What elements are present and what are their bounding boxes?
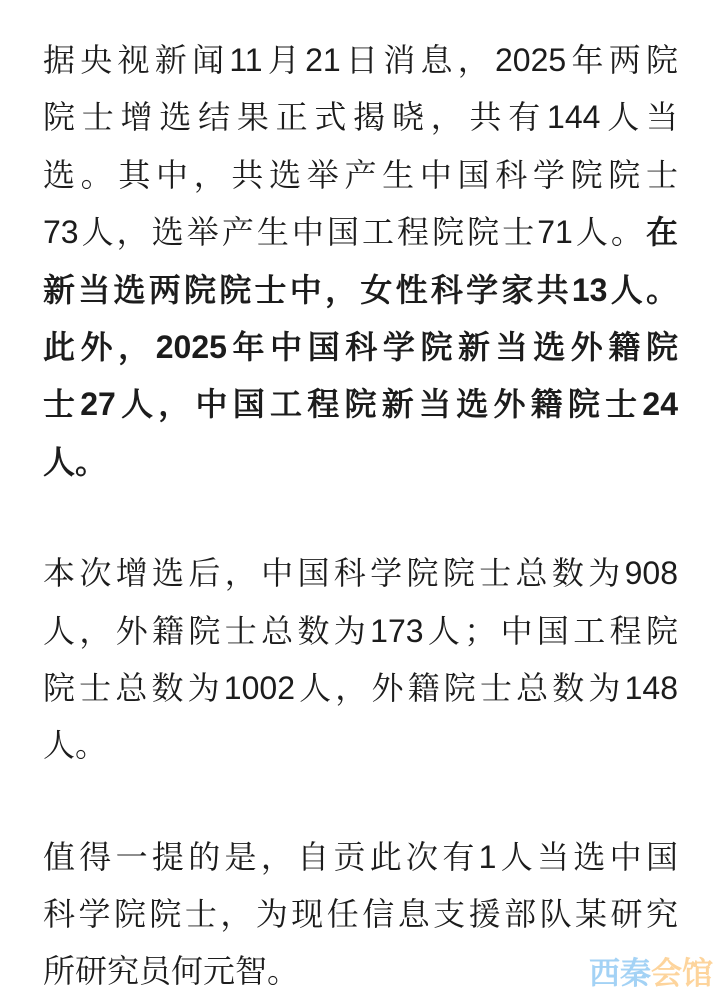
text-line: 人，外籍院士总数为173人；中国工程院 <box>43 603 678 660</box>
bold-text-segment: 人。 <box>43 444 107 480</box>
text-line: 院士增选结果正式揭晓，共有144人当 <box>43 89 678 146</box>
text-line: 院士总数为1002人，外籍院士总数为148 <box>43 660 678 717</box>
text-segment: 人，外籍院士总数为173人；中国工程院 <box>43 613 678 649</box>
page-root: { "page": { "background": "#ffffff", "te… <box>0 0 720 995</box>
bold-text-segment: 新当选两院院士中，女性科学家共13人。 <box>43 272 678 308</box>
paragraph: 值得一提的是，自贡此次有1人当选中国科学院院士，为现任信息支援部队某研究所研究员… <box>43 829 678 995</box>
text-segment: 选。其中，共选举产生中国科学院院士 <box>43 157 678 193</box>
text-line: 士27人，中国工程院新当选外籍院士24 <box>43 376 678 433</box>
text-segment: 值得一提的是，自贡此次有1人当选中国 <box>43 839 678 875</box>
text-line: 值得一提的是，自贡此次有1人当选中国 <box>43 829 678 886</box>
watermark-part-blue: 西秦 <box>589 956 651 991</box>
text-line: 据央视新闻11月21日消息，2025年两院 <box>43 32 678 89</box>
text-line: 新当选两院院士中，女性科学家共13人。 <box>43 262 678 319</box>
text-segment: 院士总数为1002人，外籍院士总数为148 <box>43 670 678 706</box>
text-line: 科学院院士，为现任信息支援部队某研究 <box>43 886 678 943</box>
paragraph: 本次增选后，中国科学院院士总数为908人，外籍院士总数为173人；中国工程院院士… <box>43 545 678 775</box>
text-line: 选。其中，共选举产生中国科学院院士 <box>43 147 678 204</box>
text-segment: 院士增选结果正式揭晓，共有144人当 <box>43 99 678 135</box>
text-segment: 人。 <box>43 727 107 763</box>
watermark: 西秦会馆 <box>589 958 713 989</box>
text-segment: 所研究员何元智。 <box>43 953 299 989</box>
bold-text-segment: 士27人，中国工程院新当选外籍院士24 <box>43 386 678 422</box>
text-line: 人。 <box>43 717 678 774</box>
paragraph: 据央视新闻11月21日消息，2025年两院院士增选结果正式揭晓，共有144人当选… <box>43 32 678 491</box>
watermark-part-orange: 会馆 <box>651 956 713 991</box>
bold-text-segment: 在 <box>646 214 678 250</box>
bold-text-segment: 此外，2025年中国科学院新当选外籍院 <box>43 329 678 365</box>
text-line: 此外，2025年中国科学院新当选外籍院 <box>43 319 678 376</box>
text-line: 73人，选举产生中国工程院院士71人。在 <box>43 204 678 261</box>
text-segment: 73人，选举产生中国工程院院士71人。 <box>43 214 646 250</box>
text-line: 本次增选后，中国科学院院士总数为908 <box>43 545 678 602</box>
text-segment: 据央视新闻11月21日消息，2025年两院 <box>43 42 678 78</box>
text-line: 人。 <box>43 434 678 491</box>
text-line: 所研究员何元智。 <box>43 943 678 995</box>
text-segment: 科学院院士，为现任信息支援部队某研究 <box>43 896 678 932</box>
article-body: 据央视新闻11月21日消息，2025年两院院士增选结果正式揭晓，共有144人当选… <box>0 0 720 995</box>
text-segment: 本次增选后，中国科学院院士总数为908 <box>43 555 678 591</box>
